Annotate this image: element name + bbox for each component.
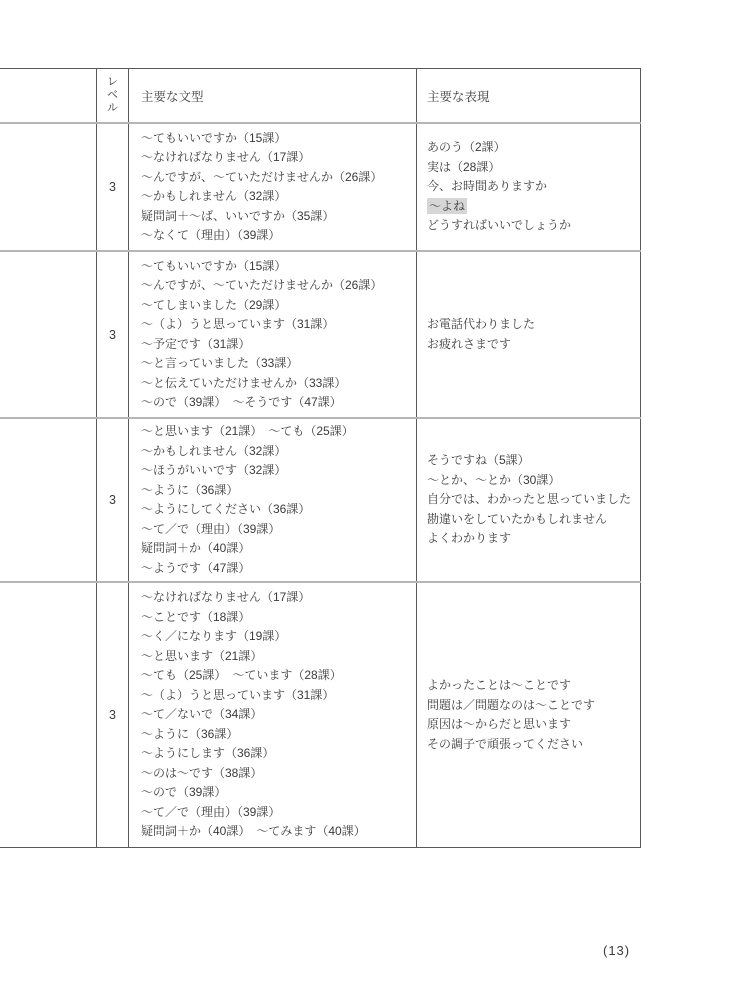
document-page: レベル 主要な文型 主要な表現 3 ～てもいいですか（15課）～なければなりませ… (0, 0, 729, 1005)
pattern-text: ～て／で（理由）（39課） (141, 522, 280, 536)
row-patterns-cell: ～と思います（21課） ～ても（25課）～かもしれません（32課）～ほうがいいで… (129, 419, 417, 581)
row-expressions-cell: お電話代わりましたお疲れさまです (417, 252, 641, 417)
expression-text: 自分では、わかったと思っていました (427, 492, 631, 506)
pattern-text: ～ようにします（36課） (141, 746, 274, 760)
pattern-text: ～てしまいました（29課） (141, 298, 286, 312)
pattern-text: ～かもしれません（32課） (141, 189, 286, 203)
row-patterns-cell: ～なければなりません（17課）～ことです（18課）～く／になります（19課）～と… (129, 583, 417, 847)
row-level-cell: 3 (97, 124, 129, 250)
row-expressions-cell: よかったことは～ことです問題は／問題なのは～ことです原因は～からだと思いますその… (417, 583, 641, 847)
expression-line: よくわかります (427, 529, 640, 549)
pattern-text: ～て／で（理由）（39課） (141, 805, 280, 819)
expression-line: ～よね (427, 197, 640, 217)
level-value: 3 (109, 493, 116, 507)
pattern-line: ～ほうがいいです（32課） (141, 461, 416, 481)
patterns-list: ～なければなりません（17課）～ことです（18課）～く／になります（19課）～と… (141, 588, 416, 842)
expression-text: 今、お時間ありますか (427, 179, 547, 193)
pattern-line: ～て／で（理由）（39課） (141, 803, 416, 823)
level-value: 3 (109, 708, 116, 722)
pattern-text: ～んですが、～ていただけませんか（26課） (141, 278, 382, 292)
pattern-text: ～ように（36課） (141, 483, 238, 497)
patterns-column-label: 主要な文型 (141, 87, 416, 105)
row-empty-cell (0, 419, 97, 581)
expression-line: 実は（28課） (427, 158, 640, 178)
expression-line: 問題は／問題なのは～ことです (427, 696, 640, 716)
expression-line: その調子で頑張ってください (427, 735, 640, 755)
row-empty-cell (0, 252, 97, 417)
pattern-text: ～てもいいですか（15課） (141, 259, 286, 273)
page-number: (13) (603, 943, 630, 958)
expression-line: お疲れさまです (427, 335, 640, 355)
pattern-line: ～ように（36課） (141, 725, 416, 745)
row-level-cell: 3 (97, 252, 129, 417)
expression-line: どうすればいいでしょうか (427, 216, 640, 236)
expression-line: よかったことは～ことです (427, 676, 640, 696)
header-level-cell: レベル (97, 69, 129, 122)
expression-line: そうですね（5課） (427, 451, 640, 471)
pattern-text: 疑問詞＋～ば、いいですか（35課） (141, 209, 334, 223)
pattern-text: ～ようにしてください（36課） (141, 502, 310, 516)
pattern-line: 疑問詞＋か（40課） ～てみます（40課） (141, 822, 416, 842)
pattern-line: ～と伝えていただけませんか（33課） (141, 374, 416, 394)
pattern-text: ～（よ）うと思っています（31課） (141, 317, 334, 331)
expression-line: あのう（2課） (427, 138, 640, 158)
expressions-column-label: 主要な表現 (427, 87, 640, 105)
pattern-line: ～と言っていました（33課） (141, 354, 416, 374)
level-value: 3 (109, 328, 116, 342)
row-empty-cell (0, 124, 97, 250)
expressions-list: あのう（2課）実は（28課）今、お時間ありますか～よねどうすればいいでしょうか (427, 138, 640, 236)
pattern-line: 疑問詞＋か（40課） (141, 539, 416, 559)
expression-text: ～よね (427, 198, 467, 214)
pattern-line: ～ようにしてください（36課） (141, 500, 416, 520)
pattern-text: ～てもいいですか（15課） (141, 131, 286, 145)
pattern-line: ～（よ）うと思っています（31課） (141, 686, 416, 706)
pattern-text: ～ので（39課） (141, 785, 226, 799)
patterns-list: ～てもいいですか（15課）～んですが、～ていただけませんか（26課）～てしまいま… (141, 257, 416, 413)
expression-text: お疲れさまです (427, 337, 511, 351)
expression-text: 問題は／問題なのは～ことです (427, 698, 595, 712)
pattern-line: ～かもしれません（32課） (141, 442, 416, 462)
expressions-list: お電話代わりましたお疲れさまです (427, 315, 640, 354)
pattern-text: ～と伝えていただけませんか（33課） (141, 376, 346, 390)
table-header-row: レベル 主要な文型 主要な表現 (0, 69, 641, 122)
expression-line: 今、お時間ありますか (427, 177, 640, 197)
expression-text: 勘違いをしていたかもしれません (427, 512, 607, 526)
level-column-label: レベル (106, 76, 119, 115)
pattern-text: 疑問詞＋か（40課） (141, 541, 250, 555)
pattern-line: ～てもいいですか（15課） (141, 129, 416, 149)
pattern-line: ～ので（39課） (141, 783, 416, 803)
expression-text: その調子で頑張ってください (427, 737, 583, 751)
expressions-list: そうですね（5課）～とか、～とか（30課）自分では、わかったと思っていました勘違… (427, 451, 640, 549)
expression-line: お電話代わりました (427, 315, 640, 335)
pattern-text: ～んですが、～ていただけませんか（26課） (141, 170, 382, 184)
pattern-text: ～ほうがいいです（32課） (141, 463, 286, 477)
pattern-line: ～（よ）うと思っています（31課） (141, 315, 416, 335)
header-patterns-cell: 主要な文型 (129, 69, 417, 122)
header-empty-cell (0, 69, 97, 122)
expression-text: よくわかります (427, 531, 511, 545)
level-value: 3 (109, 180, 116, 194)
pattern-line: ～ように（36課） (141, 481, 416, 501)
patterns-list: ～と思います（21課） ～ても（25課）～かもしれません（32課）～ほうがいいで… (141, 422, 416, 578)
pattern-line: ～てもいいですか（15課） (141, 257, 416, 277)
pattern-text: ～予定です（31課） (141, 337, 250, 351)
pattern-line: ～て／ないで（34課） (141, 705, 416, 725)
expression-text: ～とか、～とか（30課） (427, 473, 560, 487)
row-level-cell: 3 (97, 583, 129, 847)
expression-text: よかったことは～ことです (427, 678, 571, 692)
pattern-text: ～と思います（21課） ～ても（25課） (141, 424, 354, 438)
patterns-list: ～てもいいですか（15課）～なければなりません（17課）～んですが、～ていただけ… (141, 129, 416, 246)
expression-line: 勘違いをしていたかもしれません (427, 510, 640, 530)
pattern-line: ～なければなりません（17課） (141, 148, 416, 168)
pattern-line: ～ことです（18課） (141, 608, 416, 628)
table-row: 3 ～なければなりません（17課）～ことです（18課）～く／になります（19課）… (0, 581, 641, 847)
pattern-text: ～ように（36課） (141, 727, 238, 741)
pattern-line: ～予定です（31課） (141, 335, 416, 355)
pattern-text: ～ようです（47課） (141, 561, 250, 575)
row-expressions-cell: そうですね（5課）～とか、～とか（30課）自分では、わかったと思っていました勘違… (417, 419, 641, 581)
pattern-text: ～なくて（理由）（39課） (141, 228, 280, 242)
table-row: 3 ～と思います（21課） ～ても（25課）～かもしれません（32課）～ほうがい… (0, 417, 641, 581)
pattern-text: ～（よ）うと思っています（31課） (141, 688, 334, 702)
pattern-text: ～く／になります（19課） (141, 629, 286, 643)
pattern-text: 疑問詞＋か（40課） ～てみます（40課） (141, 824, 366, 838)
pattern-text: ～ことです（18課） (141, 610, 250, 624)
pattern-line: ～のは～です（38課） (141, 764, 416, 784)
pattern-line: ～く／になります（19課） (141, 627, 416, 647)
pattern-line: ～ても（25課） ～ています（28課） (141, 666, 416, 686)
expression-text: そうですね（5課） (427, 453, 530, 467)
pattern-line: ～て／で（理由）（39課） (141, 520, 416, 540)
pattern-line: ～ようにします（36課） (141, 744, 416, 764)
expression-text: お電話代わりました (427, 317, 535, 331)
pattern-text: ～なければなりません（17課） (141, 150, 310, 164)
pattern-line: ～ので（39課） ～そうです（47課） (141, 393, 416, 413)
pattern-text: ～ても（25課） ～ています（28課） (141, 668, 342, 682)
expression-line: 自分では、わかったと思っていました (427, 490, 640, 510)
pattern-text: ～て／ないで（34課） (141, 707, 262, 721)
expression-line: 原因は～からだと思います (427, 715, 640, 735)
pattern-text: ～ので（39課） ～そうです（47課） (141, 395, 342, 409)
table-row: 3 ～てもいいですか（15課）～なければなりません（17課）～んですが、～ていた… (0, 122, 641, 250)
pattern-line: ～ようです（47課） (141, 559, 416, 579)
pattern-line: ～と思います（21課） (141, 647, 416, 667)
pattern-text: ～かもしれません（32課） (141, 444, 286, 458)
expression-text: どうすればいいでしょうか (427, 218, 571, 232)
pattern-text: ～のは～です（38課） (141, 766, 262, 780)
pattern-text: ～と言っていました（33課） (141, 356, 298, 370)
expression-text: あのう（2課） (427, 140, 506, 154)
expressions-list: よかったことは～ことです問題は／問題なのは～ことです原因は～からだと思いますその… (427, 676, 640, 754)
row-expressions-cell: あのう（2課）実は（28課）今、お時間ありますか～よねどうすればいいでしょうか (417, 124, 641, 250)
expression-text: 原因は～からだと思います (427, 717, 571, 731)
header-expressions-cell: 主要な表現 (417, 69, 641, 122)
expression-line: ～とか、～とか（30課） (427, 471, 640, 491)
pattern-line: ～なくて（理由）（39課） (141, 226, 416, 246)
pattern-line: ～なければなりません（17課） (141, 588, 416, 608)
pattern-text: ～なければなりません（17課） (141, 590, 310, 604)
pattern-line: ～てしまいました（29課） (141, 296, 416, 316)
pattern-line: ～んですが、～ていただけませんか（26課） (141, 168, 416, 188)
pattern-line: ～んですが、～ていただけませんか（26課） (141, 276, 416, 296)
row-patterns-cell: ～てもいいですか（15課）～なければなりません（17課）～んですが、～ていただけ… (129, 124, 417, 250)
pattern-line: 疑問詞＋～ば、いいですか（35課） (141, 207, 416, 227)
pattern-line: ～と思います（21課） ～ても（25課） (141, 422, 416, 442)
pattern-line: ～かもしれません（32課） (141, 187, 416, 207)
row-patterns-cell: ～てもいいですか（15課）～んですが、～ていただけませんか（26課）～てしまいま… (129, 252, 417, 417)
table-row: 3 ～てもいいですか（15課）～んですが、～ていただけませんか（26課）～てしま… (0, 250, 641, 417)
row-empty-cell (0, 583, 97, 847)
expression-text: 実は（28課） (427, 160, 500, 174)
row-level-cell: 3 (97, 419, 129, 581)
pattern-text: ～と思います（21課） (141, 649, 262, 663)
grammar-table: レベル 主要な文型 主要な表現 3 ～てもいいですか（15課）～なければなりませ… (0, 68, 641, 848)
